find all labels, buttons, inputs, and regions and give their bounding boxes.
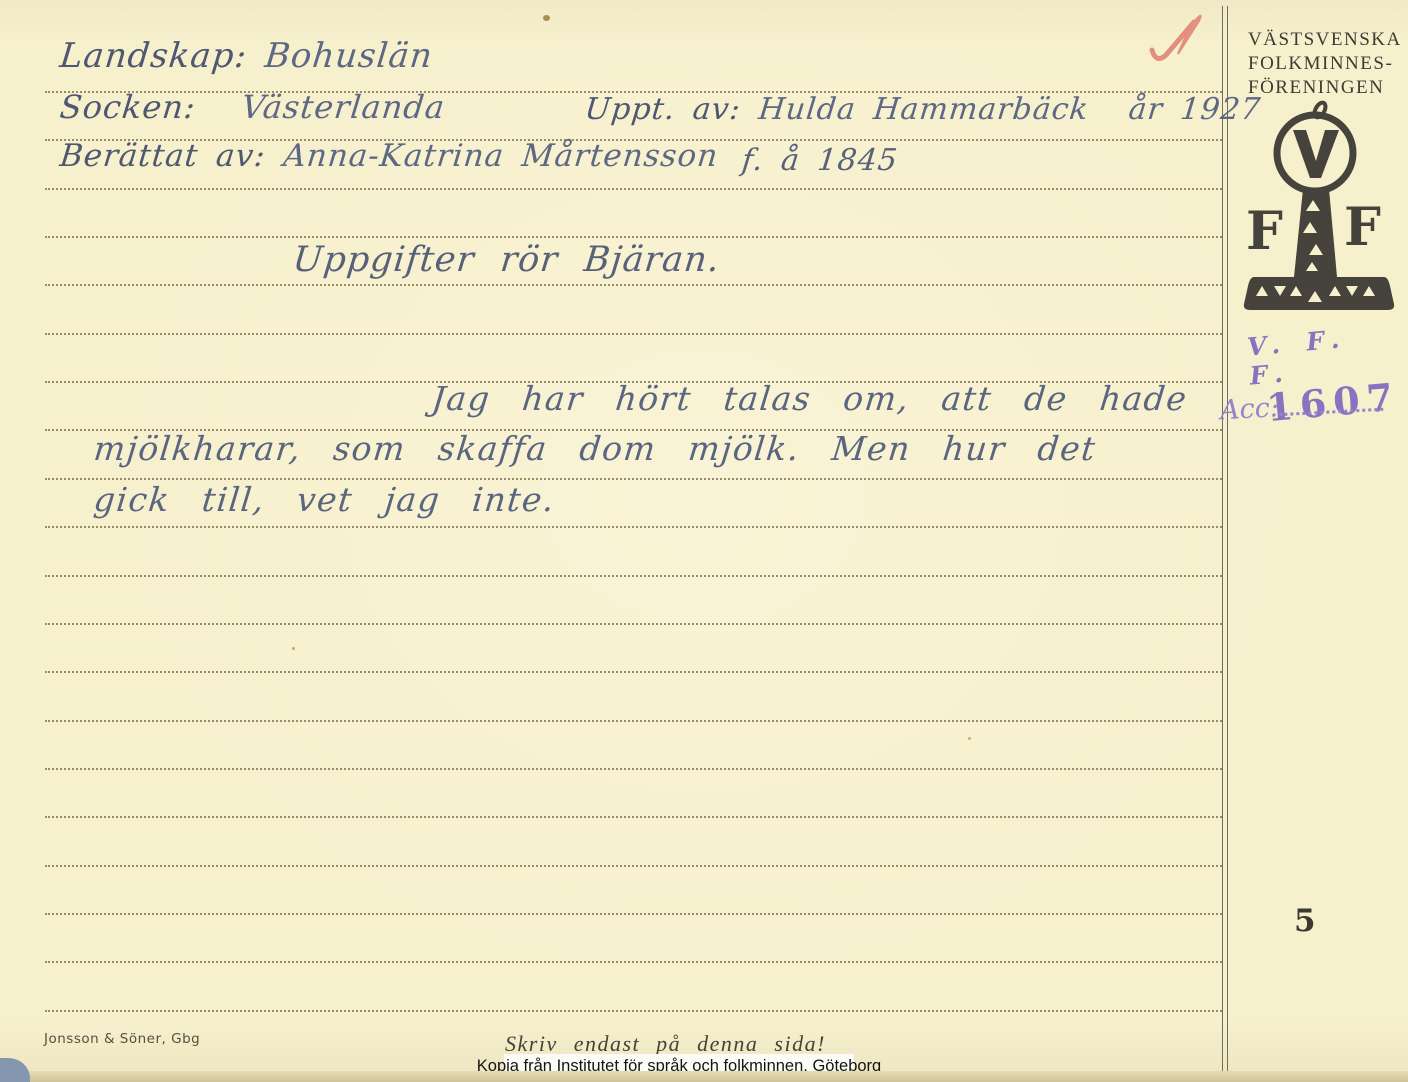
- field-socken-label: Socken:: [58, 88, 198, 126]
- field-upptecknare: Uppt. av:Hulda Hammarbäckår 1927: [583, 92, 1263, 127]
- ruled-line: [45, 768, 1222, 770]
- logo-letter-f-right: F: [1344, 197, 1381, 258]
- field-upptecknare-label: Uppt. av:: [583, 92, 742, 127]
- printer-imprint: Jonsson & Söner, Gbg: [44, 1031, 200, 1047]
- ruled-line: [45, 720, 1222, 722]
- organization-name-line: FOLKMINNES-: [1248, 52, 1406, 76]
- ruled-line: [45, 526, 1222, 528]
- page-number: 5: [1294, 903, 1316, 939]
- paper-speck: [543, 15, 550, 21]
- field-landskap-label: Landskap:: [58, 36, 249, 76]
- ruled-line: [45, 913, 1222, 915]
- organization-name-line: VÄSTSVENSKA: [1248, 28, 1406, 52]
- margin-divider-rule: [1222, 6, 1228, 1074]
- scanned-archive-card: Landskap:Bohuslän Socken:Västerlanda Upp…: [0, 0, 1408, 1082]
- logo-letter-f-left: F: [1246, 201, 1283, 262]
- body-line: Jag har hört talas om, att de hade: [430, 379, 1190, 418]
- field-berattat-label: Berättat av:: [58, 138, 267, 174]
- field-berattat-av: Berättat av:Anna-Katrina Mårtensson: [58, 138, 720, 174]
- acc-dotted-line: [1278, 390, 1383, 416]
- field-socken: Socken:Västerlanda: [58, 88, 447, 126]
- ruled-line: [45, 284, 1222, 286]
- record-title: Uppgifter rör Bjäran.: [291, 240, 722, 280]
- field-upptecknare-value: Hulda Hammarbäck: [757, 92, 1091, 127]
- ruled-line: [45, 575, 1222, 577]
- field-berattat-value: Anna-Katrina Mårtensson: [282, 138, 720, 174]
- body-line: mjölkharar, som skaffa dom mjölk. Men hu…: [92, 429, 1098, 468]
- ruled-line: [45, 333, 1222, 335]
- ruled-line: [45, 1010, 1222, 1012]
- ruled-line: [45, 671, 1222, 673]
- scan-corner-artifact: [0, 1058, 30, 1082]
- paper-speck: [292, 647, 295, 650]
- ruled-line: [45, 623, 1222, 625]
- ruled-line: [45, 188, 1222, 190]
- vff-thor-hammer-logo: F F: [1240, 96, 1400, 334]
- field-born-year: f. å 1845: [740, 143, 900, 178]
- scan-bottom-edge: [0, 1071, 1408, 1082]
- ruled-line: [45, 816, 1222, 818]
- red-checkmark-pen-mark: [1146, 8, 1232, 70]
- field-socken-value: Västerlanda: [240, 88, 447, 126]
- organization-name: VÄSTSVENSKA FOLKMINNES- FÖRENINGEN: [1248, 28, 1406, 100]
- paper-speck: [968, 737, 971, 740]
- field-landskap-value: Bohuslän: [263, 36, 435, 76]
- acc-label: Acc:: [1219, 392, 1279, 426]
- ruled-line: [45, 236, 1222, 238]
- body-line: gick till, vet jag inte.: [92, 480, 557, 519]
- ruled-line: [45, 865, 1222, 867]
- field-landskap: Landskap:Bohuslän: [58, 36, 435, 76]
- ruled-line: [45, 961, 1222, 963]
